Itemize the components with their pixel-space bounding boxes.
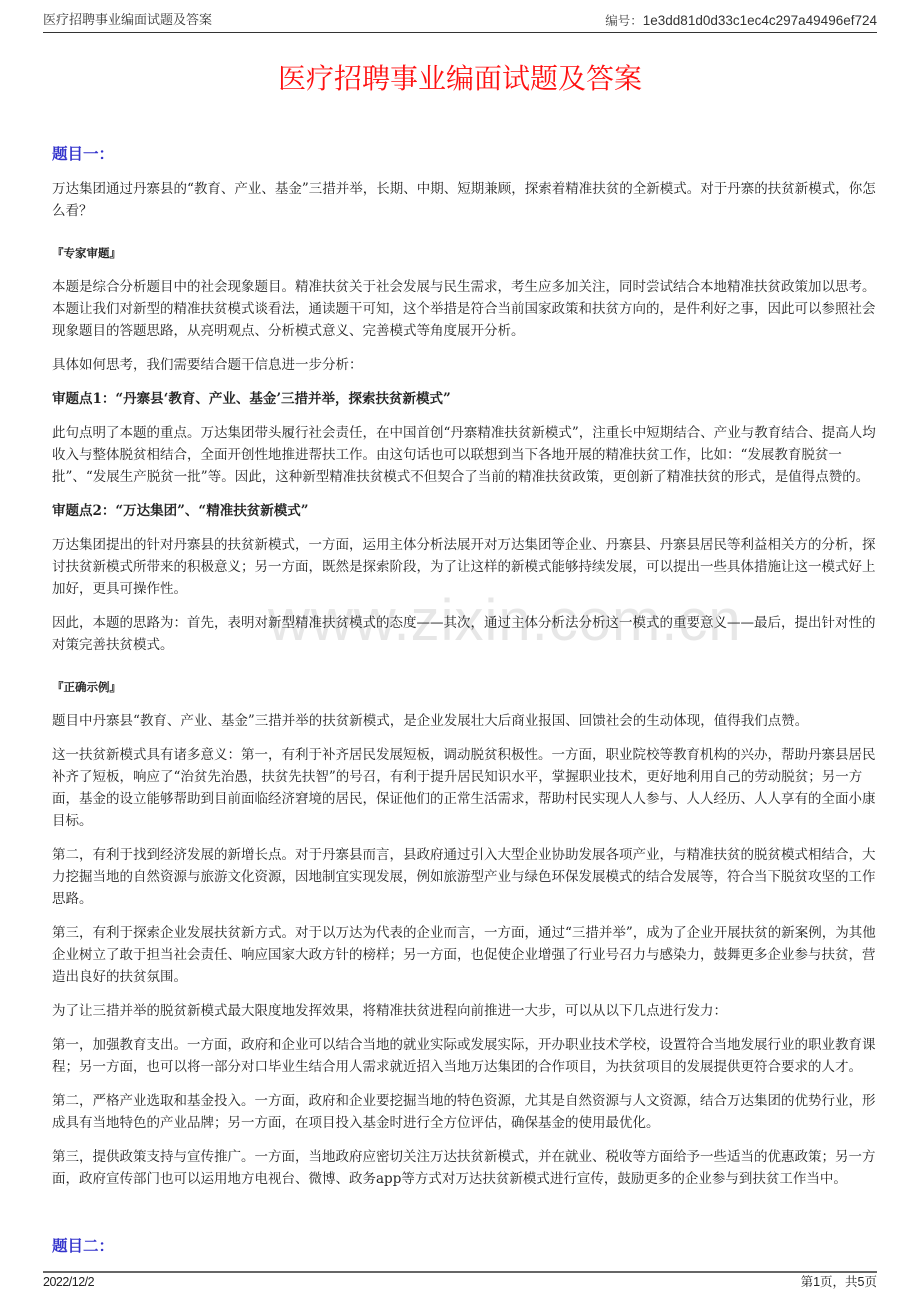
document-body: 题目一： 万达集团通过丹寨县的“教育、产业、基金”三措并举，长期、中期、短期兼顾… <box>52 140 878 1190</box>
example-paragraph: 第二，有利于找到经济发展的新增长点。对于丹寨县而言，县政府通过引入大型企业协助发… <box>52 844 878 910</box>
example-paragraph: 第一，加强教育支出。一方面，政府和企业可以结合当地的就业实际或发展实际，开办职业… <box>52 1034 878 1078</box>
expert-review-tag: 『专家审题』 <box>52 242 878 264</box>
doc-id-value: 1e3dd81d0d33c1ec4c297a49496ef724 <box>643 13 877 28</box>
example-paragraph: 第三，提供政策支持与宣传推广。一方面，当地政府应密切关注万达扶贫新模式，并在就业… <box>52 1146 878 1190</box>
question-1-heading: 题目一： <box>52 140 878 168</box>
question-2-heading: 题目二： <box>52 1232 114 1260</box>
doc-id-label: 编号： <box>605 13 643 28</box>
footer-page-info: 第1页，共5页 <box>801 1273 877 1291</box>
document-title: 医疗招聘事业编面试题及答案 <box>0 59 920 99</box>
review-point-2-text: 万达集团提出的针对丹寨县的扶贫新模式，一方面，运用主体分析法展开对万达集团等企业… <box>52 534 878 600</box>
review-point-2-title: 审题点2：“万达集团”、“精准扶贫新模式” <box>52 500 878 522</box>
approach-text: 因此，本题的思路为：首先，表明对新型精准扶贫模式的态度——其次，通过主体分析法分… <box>52 612 878 656</box>
question-1-prompt: 万达集团通过丹寨县的“教育、产业、基金”三措并举，长期、中期、短期兼顾，探索着精… <box>52 178 878 222</box>
example-paragraph: 第三，有利于探索企业发展扶贫新方式。对于以万达为代表的企业而言，一方面，通过“三… <box>52 922 878 988</box>
footer-date: 2022/12/2 <box>43 1273 94 1291</box>
example-paragraph: 第二，严格产业选取和基金投入。一方面，政府和企业要挖掘当地的特色资源，尤其是自然… <box>52 1090 878 1134</box>
review-point-1-title: 审题点1：“丹寨县‘教育、产业、基金’三措并举，探索扶贫新模式” <box>52 388 878 410</box>
header-doc-name: 医疗招聘事业编面试题及答案 <box>43 11 212 31</box>
example-paragraph: 为了让三措并举的脱贫新模式最大限度地发挥效果，将精准扶贫进程向前推进一大步，可以… <box>52 1000 878 1022</box>
example-paragraph: 这一扶贫新模式具有诸多意义：第一，有利于补齐居民发展短板，调动脱贫积极性。一方面… <box>52 744 878 832</box>
page-footer: 2022/12/2 第1页，共5页 <box>43 1271 877 1291</box>
header-doc-id: 编号：1e3dd81d0d33c1ec4c297a49496ef724 <box>605 11 877 31</box>
expert-paragraph: 具体如何思考，我们需要结合题干信息进一步分析： <box>52 354 878 376</box>
expert-paragraph: 本题是综合分析题目中的社会现象题目。精准扶贫关于社会发展与民生需求，考生应多加关… <box>52 276 878 342</box>
example-paragraph: 题目中丹寨县“教育、产业、基金”三措并举的扶贫新模式，是企业发展壮大后商业报国、… <box>52 710 878 732</box>
review-point-1-text: 此句点明了本题的重点。万达集团带头履行社会责任，在中国首创“丹寨精准扶贫新模式”… <box>52 422 878 488</box>
correct-example-tag: 『正确示例』 <box>52 676 878 698</box>
page-header: 医疗招聘事业编面试题及答案 编号：1e3dd81d0d33c1ec4c297a4… <box>43 12 877 33</box>
